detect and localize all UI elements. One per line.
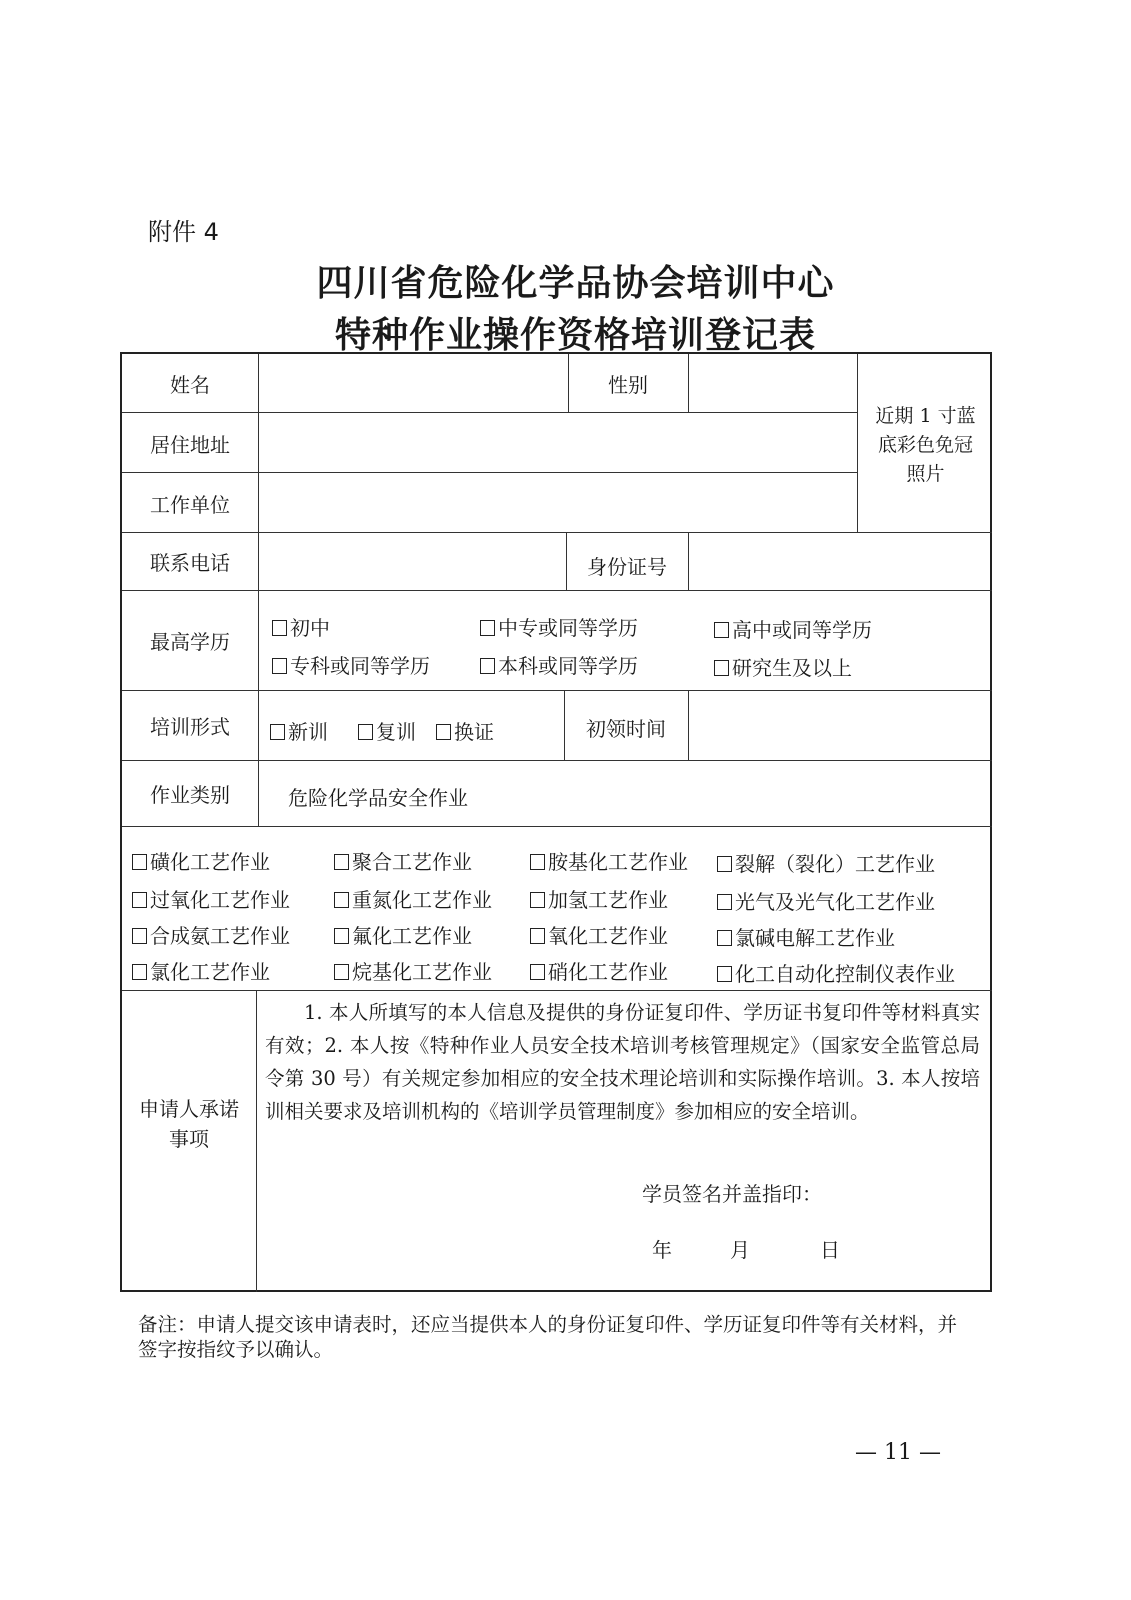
checkbox-icon [132, 854, 147, 870]
document-title: 四川省危险化学品协会培训中心 [10, 255, 1131, 306]
checkbox-icon [272, 620, 287, 636]
education-option-high-school[interactable]: 高中或同等学历 [714, 614, 872, 643]
employer-field[interactable] [260, 474, 856, 532]
process-option[interactable]: 氧化工艺作业 [530, 920, 668, 949]
checkbox-icon [334, 892, 349, 908]
checkbox-icon [530, 928, 545, 944]
checkbox-icon [436, 724, 451, 740]
checkbox-icon [334, 964, 349, 980]
photo-placeholder[interactable]: 近期 1 寸蓝 底彩色免冠 照片 [859, 402, 992, 489]
process-option[interactable]: 烷基化工艺作业 [334, 956, 492, 985]
divider [857, 354, 858, 532]
operation-category-value: 危险化学品安全作业 [288, 782, 468, 811]
process-option[interactable]: 光气及光气化工艺作业 [717, 886, 935, 915]
checkbox-icon [717, 930, 732, 946]
checkbox-icon [334, 854, 349, 870]
divider [258, 354, 259, 826]
process-option[interactable]: 化工自动化控制仪表作业 [717, 958, 955, 987]
date-year-label: 年 [652, 1234, 672, 1263]
process-option[interactable]: 磺化工艺作业 [132, 846, 270, 875]
divider [688, 532, 689, 590]
training-option-retrain[interactable]: 复训 [358, 716, 416, 745]
address-label: 居住地址 [122, 414, 258, 472]
process-option[interactable]: 加氢工艺作业 [530, 884, 668, 913]
registration-form: 姓名 性别 近期 1 寸蓝 底彩色免冠 照片 居住地址 工作单位 联系电话 身份… [120, 352, 992, 1292]
address-field[interactable] [260, 414, 856, 472]
divider [122, 412, 857, 413]
training-option-new[interactable]: 新训 [270, 716, 328, 745]
page-number: — 11 — [855, 1440, 941, 1465]
name-label: 姓名 [122, 354, 258, 412]
process-option[interactable]: 氯碱电解工艺作业 [717, 922, 895, 951]
footnote: 备注：申请人提交该申请表时，还应当提供本人的身份证复印件、学历证复印件等有关材料… [138, 1312, 968, 1362]
phone-field[interactable] [260, 532, 566, 590]
first-issue-date-field[interactable] [690, 692, 990, 760]
operation-category-label: 作业类别 [122, 760, 258, 826]
gender-label: 性别 [568, 354, 688, 412]
checkbox-icon [530, 964, 545, 980]
education-label: 最高学历 [122, 590, 258, 690]
process-option[interactable]: 氯化工艺作业 [132, 956, 270, 985]
checkbox-icon [132, 892, 147, 908]
divider [256, 990, 257, 1292]
checkbox-icon [530, 854, 545, 870]
divider [688, 690, 689, 760]
checkbox-icon [334, 928, 349, 944]
divider [122, 472, 857, 473]
phone-label: 联系电话 [122, 532, 258, 590]
checkbox-icon [717, 894, 732, 910]
date-month-label: 月 [730, 1234, 750, 1263]
training-type-label: 培训形式 [122, 690, 258, 760]
date-day-label: 日 [820, 1234, 840, 1263]
id-number-label: 身份证号 [566, 536, 688, 594]
photo-note-line: 照片 [859, 460, 992, 489]
process-option[interactable]: 重氮化工艺作业 [334, 884, 492, 913]
process-option[interactable]: 胺基化工艺作业 [530, 846, 688, 875]
checkbox-icon [717, 856, 732, 872]
process-option[interactable]: 聚合工艺作业 [334, 846, 472, 875]
divider [688, 354, 689, 412]
education-option-postgraduate[interactable]: 研究生及以上 [714, 652, 852, 681]
process-option[interactable]: 过氧化工艺作业 [132, 884, 290, 913]
checkbox-icon [358, 724, 373, 740]
education-option-secondary-vocational[interactable]: 中专或同等学历 [480, 612, 638, 641]
checkbox-icon [714, 660, 729, 676]
id-number-field[interactable] [690, 532, 990, 590]
first-issue-date-label: 初领时间 [564, 692, 688, 762]
education-option-bachelor[interactable]: 本科或同等学历 [480, 650, 638, 679]
checkbox-icon [132, 964, 147, 980]
checkbox-icon [480, 658, 495, 674]
process-option[interactable]: 硝化工艺作业 [530, 956, 668, 985]
checkbox-icon [714, 622, 729, 638]
process-option[interactable]: 裂解（裂化）工艺作业 [717, 848, 935, 877]
attachment-label: 附件 4 [148, 212, 219, 247]
checkbox-icon [717, 966, 732, 982]
process-option[interactable]: 合成氨工艺作业 [132, 920, 290, 949]
gender-field[interactable] [690, 354, 856, 412]
process-option[interactable]: 氟化工艺作业 [334, 920, 472, 949]
training-option-renewal[interactable]: 换证 [436, 716, 494, 745]
checkbox-icon [530, 892, 545, 908]
pledge-text: 1. 本人所填写的本人信息及提供的身份证复印件、学历证书复印件等材料真实有效；2… [265, 996, 980, 1128]
education-option-junior-college[interactable]: 专科或同等学历 [272, 650, 430, 679]
signature-label: 学员签名并盖指印： [642, 1178, 822, 1207]
photo-note-line: 近期 1 寸蓝 [859, 402, 992, 431]
pledge-label: 申请人承诺 事项 [122, 1094, 256, 1154]
education-option-junior-high[interactable]: 初中 [272, 612, 330, 641]
checkbox-icon [132, 928, 147, 944]
employer-label: 工作单位 [122, 474, 258, 532]
divider [122, 826, 992, 827]
photo-note-line: 底彩色免冠 [859, 431, 992, 460]
checkbox-icon [272, 658, 287, 674]
divider [122, 990, 992, 991]
document-subtitle: 特种作业操作资格培训登记表 [10, 307, 1131, 358]
name-field[interactable] [260, 354, 566, 412]
checkbox-icon [270, 724, 285, 740]
checkbox-icon [480, 620, 495, 636]
